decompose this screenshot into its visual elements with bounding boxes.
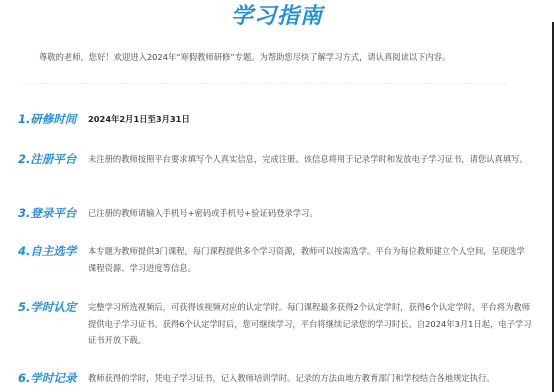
section-text: 本专题为教师提供3门课程，每门课程提供多个学习资源，教师可以按需选学。平台为每位… [88, 243, 532, 276]
section-label: 5.学时认定 [18, 299, 88, 349]
section-label: 2.注册平台 [18, 151, 88, 168]
section-text: 已注册的教师请输入手机号+密码或手机号+验证码登录学习。 [88, 205, 532, 222]
section-text: 2024年2月1日至3月31日 [88, 111, 532, 128]
section-register: 2.注册平台 未注册的教师按照平台要求填写个人真实信息，完成注册。该信息将用于记… [18, 151, 532, 168]
section-text: 教师获得的学时，凭电子学习证书，记入教师培训学时。记录的方法由地方教育部门和学校… [88, 370, 532, 387]
section-self-select: 4.自主选学 本专题为教师提供3门课程，每门课程提供多个学习资源，教师可以按需选… [18, 243, 532, 276]
section-label: 1.研修时间 [18, 111, 88, 128]
section-hours-credit: 5.学时认定 完整学习所选视频后，可获得该视频对应的认定学时。每门课程最多获得2… [18, 299, 532, 349]
section-label: 3.登录平台 [18, 205, 88, 222]
section-label: 4.自主选学 [18, 243, 88, 276]
divider [20, 83, 507, 84]
section-text: 未注册的教师按照平台要求填写个人真实信息，完成注册。该信息将用于记录学时和发放电… [88, 151, 532, 168]
section-hours-record: 6.学时记录 教师获得的学时，凭电子学习证书，记入教师培训学时。记录的方法由地方… [18, 370, 532, 387]
section-study-period: 1.研修时间 2024年2月1日至3月31日 [18, 111, 532, 128]
section-login: 3.登录平台 已注册的教师请输入手机号+密码或手机号+验证码登录学习。 [18, 205, 532, 222]
section-text: 完整学习所选视频后，可获得该视频对应的认定学时。每门课程最多获得2个认定学时，获… [88, 299, 532, 349]
intro-text: 尊敬的老师，您好！欢迎进入2024年“寒假教师研修”专题。为帮助您尽快了解学习方… [39, 51, 544, 63]
header: 学习指南 [0, 3, 554, 31]
page-title: 学习指南 [229, 3, 325, 31]
section-label: 6.学时记录 [18, 370, 88, 387]
